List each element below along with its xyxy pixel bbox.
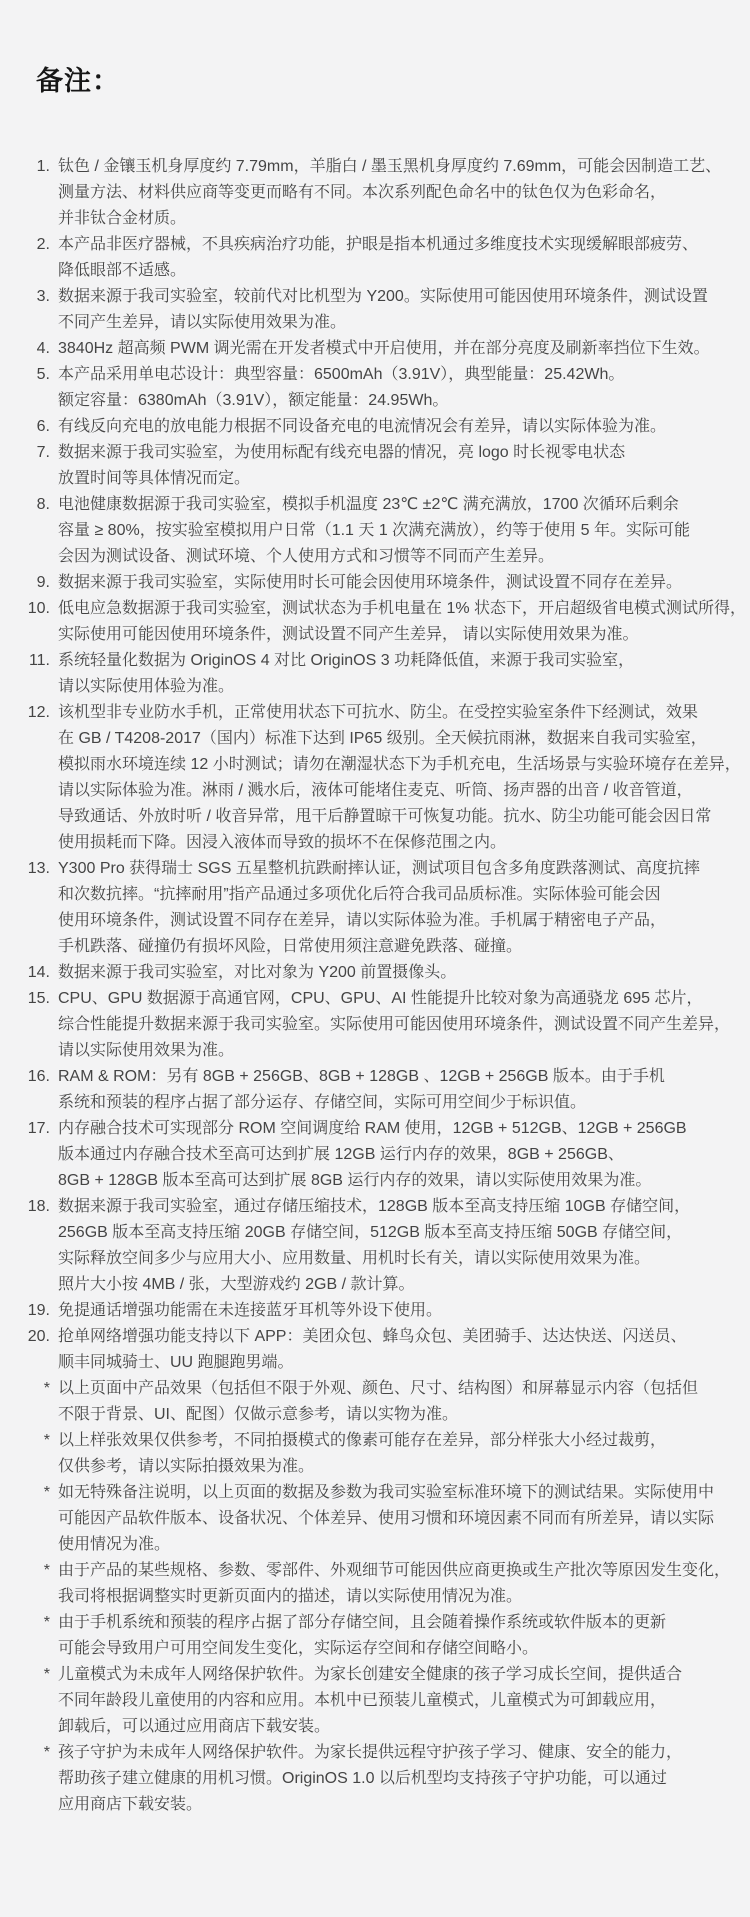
note-text-line: 本产品采用单电芯设计：典型容量：6500mAh（3.91V），典型能量：25.4… xyxy=(58,362,624,388)
note-text: 以上样张效果仅供参考，不同拍摄模式的像素可能存在差异，部分样张大小经过裁剪，仅供… xyxy=(50,1428,666,1480)
note-marker: 20. xyxy=(0,1324,50,1350)
note-text: 免提通话增强功能需在未连接蓝牙耳机等外设下使用。 xyxy=(50,1298,442,1324)
note-text-line: 不同产生差异，请以实际使用效果为准。 xyxy=(58,310,708,336)
note-marker: * xyxy=(0,1662,50,1688)
note-text-line: 系统和预装的程序占据了部分运存、存储空间，实际可用空间少于标识值。 xyxy=(58,1090,665,1116)
note-text-line: Y300 Pro 获得瑞士 SGS 五星整机抗跌耐摔认证，测试项目包含多角度跌落… xyxy=(58,856,700,882)
note-item: 6.有线反向充电的放电能力根据不同设备充电的电流情况会有差异，请以实际体验为准。 xyxy=(0,414,750,440)
note-item: 14.数据来源于我司实验室，对比对象为 Y200 前置摄像头。 xyxy=(0,960,750,986)
note-text: 电池健康数据源于我司实验室，模拟手机温度 23℃ ±2℃ 满充满放，1700 次… xyxy=(50,492,690,570)
note-text-line: 和次数抗摔。“抗摔耐用”指产品通过多项优化后符合我司品质标准。实际体验可能会因 xyxy=(58,882,700,908)
note-marker: 18. xyxy=(0,1194,50,1220)
note-marker: 9. xyxy=(0,570,50,596)
note-text-line: RAM & ROM：另有 8GB + 256GB、8GB + 128GB 、12… xyxy=(58,1064,665,1090)
note-text-line: 数据来源于我司实验室，对比对象为 Y200 前置摄像头。 xyxy=(58,960,456,986)
note-text: 儿童模式为未成年人网络保护软件。为家长创建安全健康的孩子学习成长空间，提供适合不… xyxy=(50,1662,682,1740)
note-text-line: 不限于背景、UI、配图）仅做示意参考，请以实物为准。 xyxy=(58,1402,698,1428)
note-text: 如无特殊备注说明，以上页面的数据及参数为我司实验室标准环境下的测试结果。实际使用… xyxy=(50,1480,714,1558)
note-text: 数据来源于我司实验室，较前代对比机型为 Y200。实际使用可能因使用环境条件，测… xyxy=(50,284,708,336)
note-item: 3.数据来源于我司实验室，较前代对比机型为 Y200。实际使用可能因使用环境条件… xyxy=(0,284,750,336)
notes-page: 备注： 1.钛色 / 金镶玉机身厚度约 7.79mm，羊脂白 / 墨玉黑机身厚度… xyxy=(0,0,750,1818)
note-text-line: 本产品非医疗器械，不具疾病治疗功能，护眼是指本机通过多维度技术实现缓解眼部疲劳、 xyxy=(58,232,698,258)
note-text-line: 请以实际使用效果为准。 xyxy=(58,1038,730,1064)
note-text: 本产品采用单电芯设计：典型容量：6500mAh（3.91V），典型能量：25.4… xyxy=(50,362,624,414)
note-text-line: 容量 ≥ 80%，按实验室模拟用户日常（1.1 天 1 次满充满放），约等于使用… xyxy=(58,518,690,544)
note-marker: 15. xyxy=(0,986,50,1012)
note-text-line: 该机型非专业防水手机，正常使用状态下可抗水、防尘。在受控实验室条件下经测试，效果 xyxy=(58,700,741,726)
note-text-line: 数据来源于我司实验室，通过存储压缩技术，128GB 版本至高支持压缩 10GB … xyxy=(58,1194,690,1220)
note-text-line: 免提通话增强功能需在未连接蓝牙耳机等外设下使用。 xyxy=(58,1298,442,1324)
note-marker: 8. xyxy=(0,492,50,518)
note-item: 11.系统轻量化数据为 OriginOS 4 对比 OriginOS 3 功耗降… xyxy=(0,648,750,700)
note-text-line: 8GB + 128GB 版本至高可达到扩展 8GB 运行内存的效果，请以实际使用… xyxy=(58,1168,687,1194)
note-text-line: 内存融合技术可实现部分 ROM 空间调度给 RAM 使用，12GB + 512G… xyxy=(58,1116,687,1142)
note-text-line: 以上样张效果仅供参考，不同拍摄模式的像素可能存在差异，部分样张大小经过裁剪， xyxy=(58,1428,666,1454)
note-text-line: 请以实际使用体验为准。 xyxy=(58,674,634,700)
note-text-line: 使用环境条件，测试设置不同存在差异，请以实际体验为准。手机属于精密电子产品， xyxy=(58,908,700,934)
note-marker: 12. xyxy=(0,700,50,726)
note-text-line: 实际使用可能因使用环境条件，测试设置不同产生差异， 请以实际使用效果为准。 xyxy=(58,622,746,648)
note-text: 由于手机系统和预装的程序占据了部分存储空间，且会随着操作系统或软件版本的更新可能… xyxy=(50,1610,666,1662)
note-text-line: 使用损耗而下降。因浸入液体而导致的损坏不在保修范围之内。 xyxy=(58,830,741,856)
notes-list: 1.钛色 / 金镶玉机身厚度约 7.79mm，羊脂白 / 墨玉黑机身厚度约 7.… xyxy=(0,154,750,1818)
note-item: 2.本产品非医疗器械，不具疾病治疗功能，护眼是指本机通过多维度技术实现缓解眼部疲… xyxy=(0,232,750,284)
note-item: 15.CPU、GPU 数据源于高通官网，CPU、GPU、AI 性能提升比较对象为… xyxy=(0,986,750,1064)
note-text-line: 并非钛合金材质。 xyxy=(58,206,721,232)
note-text: 本产品非医疗器械，不具疾病治疗功能，护眼是指本机通过多维度技术实现缓解眼部疲劳、… xyxy=(50,232,698,284)
note-marker: * xyxy=(0,1610,50,1636)
note-item: *儿童模式为未成年人网络保护软件。为家长创建安全健康的孩子学习成长空间，提供适合… xyxy=(0,1662,750,1740)
note-marker: 11. xyxy=(0,648,50,674)
note-marker: * xyxy=(0,1428,50,1454)
note-text: RAM & ROM：另有 8GB + 256GB、8GB + 128GB 、12… xyxy=(50,1064,665,1116)
note-item: 17.内存融合技术可实现部分 ROM 空间调度给 RAM 使用，12GB + 5… xyxy=(0,1116,750,1194)
note-text-line: 数据来源于我司实验室，实际使用时长可能会因使用环境条件，测试设置不同存在差异。 xyxy=(58,570,682,596)
note-text: 数据来源于我司实验室，实际使用时长可能会因使用环境条件，测试设置不同存在差异。 xyxy=(50,570,682,596)
note-text-line: 由于手机系统和预装的程序占据了部分存储空间，且会随着操作系统或软件版本的更新 xyxy=(58,1610,666,1636)
note-item: 19.免提通话增强功能需在未连接蓝牙耳机等外设下使用。 xyxy=(0,1298,750,1324)
note-marker: 14. xyxy=(0,960,50,986)
note-text: 以上页面中产品效果（包括但不限于外观、颜色、尺寸、结构图）和屏幕显示内容（包括但… xyxy=(50,1376,698,1428)
note-text: 数据来源于我司实验室，通过存储压缩技术，128GB 版本至高支持压缩 10GB … xyxy=(50,1194,690,1298)
note-text-line: 请以实际体验为准。淋雨 / 溅水后，液体可能堵住麦克、听筒、扬声器的出音 / 收… xyxy=(58,778,741,804)
note-text-line: 模拟雨水环境连续 12 小时测试；请勿在潮湿状态下为手机充电，生活场景与实验环境… xyxy=(58,752,741,778)
note-item: 4.3840Hz 超高频 PWM 调光需在开发者模式中开启使用，并在部分亮度及刷… xyxy=(0,336,750,362)
note-item: 9.数据来源于我司实验室，实际使用时长可能会因使用环境条件，测试设置不同存在差异… xyxy=(0,570,750,596)
note-marker: * xyxy=(0,1480,50,1506)
note-text: 钛色 / 金镶玉机身厚度约 7.79mm，羊脂白 / 墨玉黑机身厚度约 7.69… xyxy=(50,154,721,232)
note-text-line: 手机跌落、碰撞仍有损坏风险，日常使用须注意避免跌落、碰撞。 xyxy=(58,934,700,960)
note-marker: 3. xyxy=(0,284,50,310)
note-marker: 17. xyxy=(0,1116,50,1142)
note-marker: 6. xyxy=(0,414,50,440)
note-text-line: 使用情况为准。 xyxy=(58,1532,714,1558)
note-item: 5.本产品采用单电芯设计：典型容量：6500mAh（3.91V），典型能量：25… xyxy=(0,362,750,414)
note-marker: 1. xyxy=(0,154,50,180)
note-text: 孩子守护为未成年人网络保护软件。为家长提供远程守护孩子学习、健康、安全的能力，帮… xyxy=(50,1740,682,1818)
note-text-line: 帮助孩子建立健康的用机习惯。OriginOS 1.0 以后机型均支持孩子守护功能… xyxy=(58,1766,682,1792)
note-item: *以上页面中产品效果（包括但不限于外观、颜色、尺寸、结构图）和屏幕显示内容（包括… xyxy=(0,1376,750,1428)
note-marker: * xyxy=(0,1376,50,1402)
note-text-line: 会因为测试设备、测试环境、个人使用方式和习惯等不同而产生差异。 xyxy=(58,544,690,570)
note-text-line: 综合性能提升数据来源于我司实验室。实际使用可能因使用环境条件，测试设置不同产生差… xyxy=(58,1012,730,1038)
note-marker: 16. xyxy=(0,1064,50,1090)
page-title: 备注： xyxy=(0,0,750,98)
note-item: 12.该机型非专业防水手机，正常使用状态下可抗水、防尘。在受控实验室条件下经测试… xyxy=(0,700,750,856)
note-text: 有线反向充电的放电能力根据不同设备充电的电流情况会有差异，请以实际体验为准。 xyxy=(50,414,666,440)
note-text-line: 3840Hz 超高频 PWM 调光需在开发者模式中开启使用，并在部分亮度及刷新率… xyxy=(58,336,710,362)
note-text-line: 降低眼部不适感。 xyxy=(58,258,698,284)
note-text-line: 数据来源于我司实验室，为使用标配有线充电器的情况，亮 logo 时长视零电状态 xyxy=(58,440,625,466)
note-text-line: 测量方法、材料供应商等变更而略有不同。本次系列配色命名中的钛色仅为色彩命名， xyxy=(58,180,721,206)
note-text-line: 数据来源于我司实验室，较前代对比机型为 Y200。实际使用可能因使用环境条件，测… xyxy=(58,284,708,310)
note-text-line: 照片大小按 4MB / 张，大型游戏约 2GB / 款计算。 xyxy=(58,1272,690,1298)
note-marker: 7. xyxy=(0,440,50,466)
note-text-line: 应用商店下载安装。 xyxy=(58,1792,682,1818)
note-text-line: 不同年龄段儿童使用的内容和应用。本机中已预装儿童模式，儿童模式为可卸载应用， xyxy=(58,1688,682,1714)
note-text: 3840Hz 超高频 PWM 调光需在开发者模式中开启使用，并在部分亮度及刷新率… xyxy=(50,336,710,362)
note-text: 数据来源于我司实验室，对比对象为 Y200 前置摄像头。 xyxy=(50,960,456,986)
note-marker: 5. xyxy=(0,362,50,388)
note-item: 18.数据来源于我司实验室，通过存储压缩技术，128GB 版本至高支持压缩 10… xyxy=(0,1194,750,1298)
note-text-line: 有线反向充电的放电能力根据不同设备充电的电流情况会有差异，请以实际体验为准。 xyxy=(58,414,666,440)
note-marker: 10. xyxy=(0,596,50,622)
note-text-line: 以上页面中产品效果（包括但不限于外观、颜色、尺寸、结构图）和屏幕显示内容（包括但 xyxy=(58,1376,698,1402)
note-text-line: 系统轻量化数据为 OriginOS 4 对比 OriginOS 3 功耗降低值，… xyxy=(58,648,634,674)
note-text-line: 钛色 / 金镶玉机身厚度约 7.79mm，羊脂白 / 墨玉黑机身厚度约 7.69… xyxy=(58,154,721,180)
note-text: 内存融合技术可实现部分 ROM 空间调度给 RAM 使用，12GB + 512G… xyxy=(50,1116,687,1194)
note-item: *孩子守护为未成年人网络保护软件。为家长提供远程守护孩子学习、健康、安全的能力，… xyxy=(0,1740,750,1818)
note-marker: * xyxy=(0,1740,50,1766)
note-marker: 2. xyxy=(0,232,50,258)
note-text-line: 版本通过内存融合技术至高可达到扩展 12GB 运行内存的效果，8GB + 256… xyxy=(58,1142,687,1168)
note-text-line: 256GB 版本至高支持压缩 20GB 存储空间，512GB 版本至高支持压缩 … xyxy=(58,1220,690,1246)
note-text-line: 卸载后，可以通过应用商店下载安装。 xyxy=(58,1714,682,1740)
note-text-line: 抢单网络增强功能支持以下 APP：美团众包、蜂鸟众包、美团骑手、达达快送、闪送员… xyxy=(58,1324,686,1350)
note-text-line: 电池健康数据源于我司实验室，模拟手机温度 23℃ ±2℃ 满充满放，1700 次… xyxy=(58,492,690,518)
note-item: *以上样张效果仅供参考，不同拍摄模式的像素可能存在差异，部分样张大小经过裁剪，仅… xyxy=(0,1428,750,1480)
note-text-line: 可能会导致用户可用空间发生变化，实际运存空间和存储空间略小。 xyxy=(58,1636,666,1662)
note-text-line: 实际释放空间多少与应用大小、应用数量、用机时长有关，请以实际使用效果为准。 xyxy=(58,1246,690,1272)
note-text-line: 低电应急数据源于我司实验室，测试状态为手机电量在 1% 状态下，开启超级省电模式… xyxy=(58,596,746,622)
note-text-line: 导致通话、外放时听 / 收音异常，甩干后静置晾干可恢复功能。抗水、防尘功能可能会… xyxy=(58,804,741,830)
note-item: 10.低电应急数据源于我司实验室，测试状态为手机电量在 1% 状态下，开启超级省… xyxy=(0,596,750,648)
note-text-line: CPU、GPU 数据源于高通官网，CPU、GPU、AI 性能提升比较对象为高通骁… xyxy=(58,986,730,1012)
note-item: *由于产品的某些规格、参数、零部件、外观细节可能因供应商更换或生产批次等原因发生… xyxy=(0,1558,750,1610)
note-text-line: 儿童模式为未成年人网络保护软件。为家长创建安全健康的孩子学习成长空间，提供适合 xyxy=(58,1662,682,1688)
note-text-line: 我司将根据调整实时更新页面内的描述，请以实际使用情况为准。 xyxy=(58,1584,730,1610)
note-text: 抢单网络增强功能支持以下 APP：美团众包、蜂鸟众包、美团骑手、达达快送、闪送员… xyxy=(50,1324,686,1376)
note-item: *如无特殊备注说明，以上页面的数据及参数为我司实验室标准环境下的测试结果。实际使… xyxy=(0,1480,750,1558)
note-text: Y300 Pro 获得瑞士 SGS 五星整机抗跌耐摔认证，测试项目包含多角度跌落… xyxy=(50,856,700,960)
note-text: 低电应急数据源于我司实验室，测试状态为手机电量在 1% 状态下，开启超级省电模式… xyxy=(50,596,746,648)
note-marker: 19. xyxy=(0,1298,50,1324)
note-text-line: 孩子守护为未成年人网络保护软件。为家长提供远程守护孩子学习、健康、安全的能力， xyxy=(58,1740,682,1766)
note-text-line: 可能因产品软件版本、设备状况、个体差异、使用习惯和环境因素不同而有所差异，请以实… xyxy=(58,1506,714,1532)
note-text: 数据来源于我司实验室，为使用标配有线充电器的情况，亮 logo 时长视零电状态放… xyxy=(50,440,625,492)
note-text: 由于产品的某些规格、参数、零部件、外观细节可能因供应商更换或生产批次等原因发生变… xyxy=(50,1558,730,1610)
note-item: 16.RAM & ROM：另有 8GB + 256GB、8GB + 128GB … xyxy=(0,1064,750,1116)
note-text: 系统轻量化数据为 OriginOS 4 对比 OriginOS 3 功耗降低值，… xyxy=(50,648,634,700)
note-item: 8.电池健康数据源于我司实验室，模拟手机温度 23℃ ±2℃ 满充满放，1700… xyxy=(0,492,750,570)
note-marker: 4. xyxy=(0,336,50,362)
note-text: CPU、GPU 数据源于高通官网，CPU、GPU、AI 性能提升比较对象为高通骁… xyxy=(50,986,730,1064)
note-text-line: 顺丰同城骑士、UU 跑腿跑男端。 xyxy=(58,1350,686,1376)
note-text-line: 如无特殊备注说明，以上页面的数据及参数为我司实验室标准环境下的测试结果。实际使用… xyxy=(58,1480,714,1506)
note-text: 该机型非专业防水手机，正常使用状态下可抗水、防尘。在受控实验室条件下经测试，效果… xyxy=(50,700,741,856)
note-text-line: 额定容量：6380mAh（3.91V），额定能量：24.95Wh。 xyxy=(58,388,624,414)
note-item: 20.抢单网络增强功能支持以下 APP：美团众包、蜂鸟众包、美团骑手、达达快送、… xyxy=(0,1324,750,1376)
note-item: 7.数据来源于我司实验室，为使用标配有线充电器的情况，亮 logo 时长视零电状… xyxy=(0,440,750,492)
note-text-line: 由于产品的某些规格、参数、零部件、外观细节可能因供应商更换或生产批次等原因发生变… xyxy=(58,1558,730,1584)
note-item: 1.钛色 / 金镶玉机身厚度约 7.79mm，羊脂白 / 墨玉黑机身厚度约 7.… xyxy=(0,154,750,232)
note-marker: * xyxy=(0,1558,50,1584)
note-item: *由于手机系统和预装的程序占据了部分存储空间，且会随着操作系统或软件版本的更新可… xyxy=(0,1610,750,1662)
note-text-line: 在 GB / T4208-2017（国内）标准下达到 IP65 级别。全天候抗雨… xyxy=(58,726,741,752)
note-item: 13.Y300 Pro 获得瑞士 SGS 五星整机抗跌耐摔认证，测试项目包含多角… xyxy=(0,856,750,960)
note-text-line: 仅供参考，请以实际拍摄效果为准。 xyxy=(58,1454,666,1480)
note-marker: 13. xyxy=(0,856,50,882)
note-text-line: 放置时间等具体情况而定。 xyxy=(58,466,625,492)
